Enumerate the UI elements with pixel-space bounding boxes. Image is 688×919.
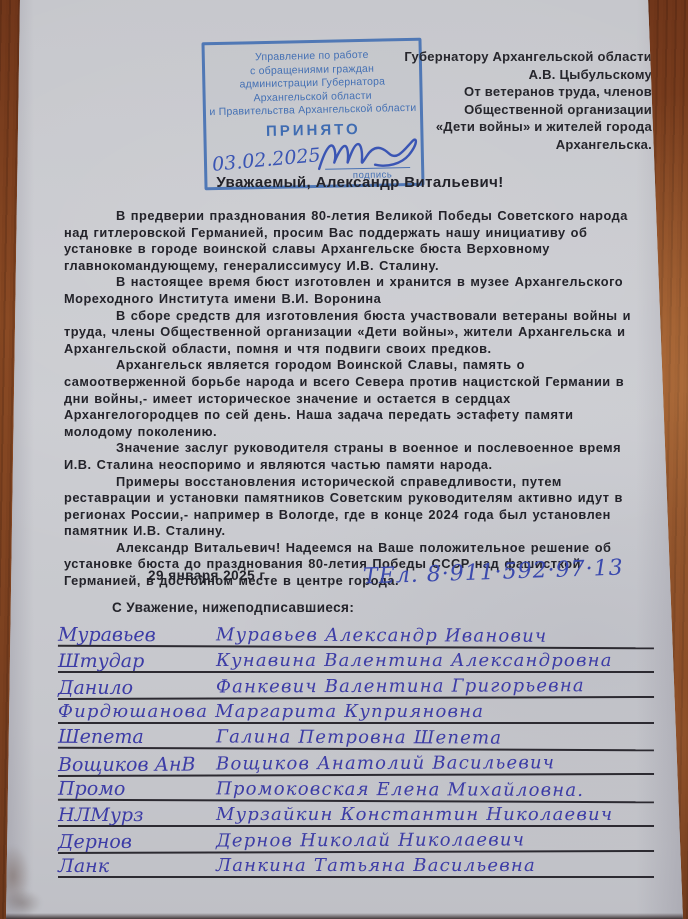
signature-row: Штудар Кунавина Валентина Александровна xyxy=(58,648,654,674)
signature-fullname: Фанкевич Валентина Григорьевна xyxy=(216,676,585,697)
signature-row: Муравьев Муравьев Александр Иванович xyxy=(58,621,654,649)
signature-row: Промо Промоковская Елена Михайловна. xyxy=(58,774,654,802)
recipient-line: А.В. Цыбульскому xyxy=(382,66,652,84)
recipient-line: От ветеранов труда, членов xyxy=(382,83,652,101)
signature-row: Вощиков АнВ Вощиков Анатолий Васильевич xyxy=(58,749,654,777)
signature-fullname: Муравьев Александр Иванович xyxy=(216,625,547,646)
body-paragraph: Значение заслуг руководителя страны в во… xyxy=(64,440,642,473)
signature-fullname: Мурзайкин Константин Николаевич xyxy=(216,805,613,825)
document-paper: Управление по работес обращениями гражда… xyxy=(0,0,688,919)
signature-autograph: Муравьев xyxy=(58,624,216,645)
signature-autograph: Промо xyxy=(58,778,216,799)
signature-fullname: Дернов Николай Николаевич xyxy=(216,830,525,851)
signature-fullname: Кунавина Валентина Александровна xyxy=(216,651,613,671)
signature-autograph: Шепета xyxy=(58,727,216,748)
salutation: Уважаемый, Александр Витальевич! xyxy=(80,174,640,191)
photo-background: { "stamp": { "lines": [ "Управление по р… xyxy=(0,0,688,919)
signature-row: Данило Фанкевич Валентина Григорьевна xyxy=(58,672,654,700)
signature-fullname: Вощиков Анатолий Васильевич xyxy=(216,753,555,774)
signature-row: Фирдюшанова Маргарита Куприяновна xyxy=(58,699,654,725)
signature-autograph: Вощиков АнВ xyxy=(58,754,216,775)
body-paragraph: В сборе средств для изготовления бюста у… xyxy=(64,308,642,358)
body-text: В предверии празднования 80-летия Велико… xyxy=(64,208,642,590)
date-row: 29 января 2025 г. ТЕл. 8·911·592·97·13 xyxy=(64,560,642,585)
body-paragraph: Архангельск является городом Воинской Сл… xyxy=(64,357,642,440)
body-paragraph: В предверии празднования 80-летия Велико… xyxy=(64,208,642,274)
signature-autograph: Ланк xyxy=(58,856,216,876)
signature-autograph: НЛМурз xyxy=(58,805,216,825)
signatures-list: Муравьев Муравьев Александр Иванович Шту… xyxy=(58,622,654,878)
signature-fullname: Галина Петровна Шепета xyxy=(216,727,502,748)
phone-handwritten: ТЕл. 8·911·592·97·13 xyxy=(363,555,624,589)
body-paragraph: В настоящее время бюст изготовлен и хран… xyxy=(64,274,642,307)
signature-fullname: Фирдюшанова Маргарита Куприяновна xyxy=(58,702,484,722)
recipient-line: «Дети войны» и жителей города xyxy=(382,118,652,136)
recipient-line: Губернатору Архангельской области xyxy=(382,48,652,66)
signature-row: НЛМурз Мурзайкин Константин Николаевич xyxy=(58,801,654,827)
closing-line: С Уважение, нижеподписавшиеся: xyxy=(112,600,354,615)
signature-fullname: Промоковская Елена Михайловна. xyxy=(216,779,584,801)
signature-autograph: Штудар xyxy=(58,651,216,671)
signature-row: Шепета Галина Петровна Шепета xyxy=(58,723,654,751)
paper-left-shadow xyxy=(0,0,34,919)
signature-row: Ланк Ланкина Татьяна Васильевна xyxy=(58,852,654,878)
recipient-line: Общественной организации xyxy=(382,101,652,119)
recipient-block: Губернатору Архангельской областиА.В. Цы… xyxy=(382,48,652,154)
paper-bottom-edge xyxy=(0,913,688,919)
signature-autograph: Дернов xyxy=(58,831,216,852)
signature-row: Дернов Дернов Николай Николаевич xyxy=(58,826,654,854)
signature-fullname: Ланкина Татьяна Васильевна xyxy=(216,856,536,876)
body-paragraph: Примеры восстановления исторической спра… xyxy=(64,474,642,540)
signature-autograph: Данило xyxy=(58,677,216,698)
date-line: 29 января 2025 г. xyxy=(148,568,268,583)
recipient-line: Архангельска. xyxy=(382,136,652,154)
